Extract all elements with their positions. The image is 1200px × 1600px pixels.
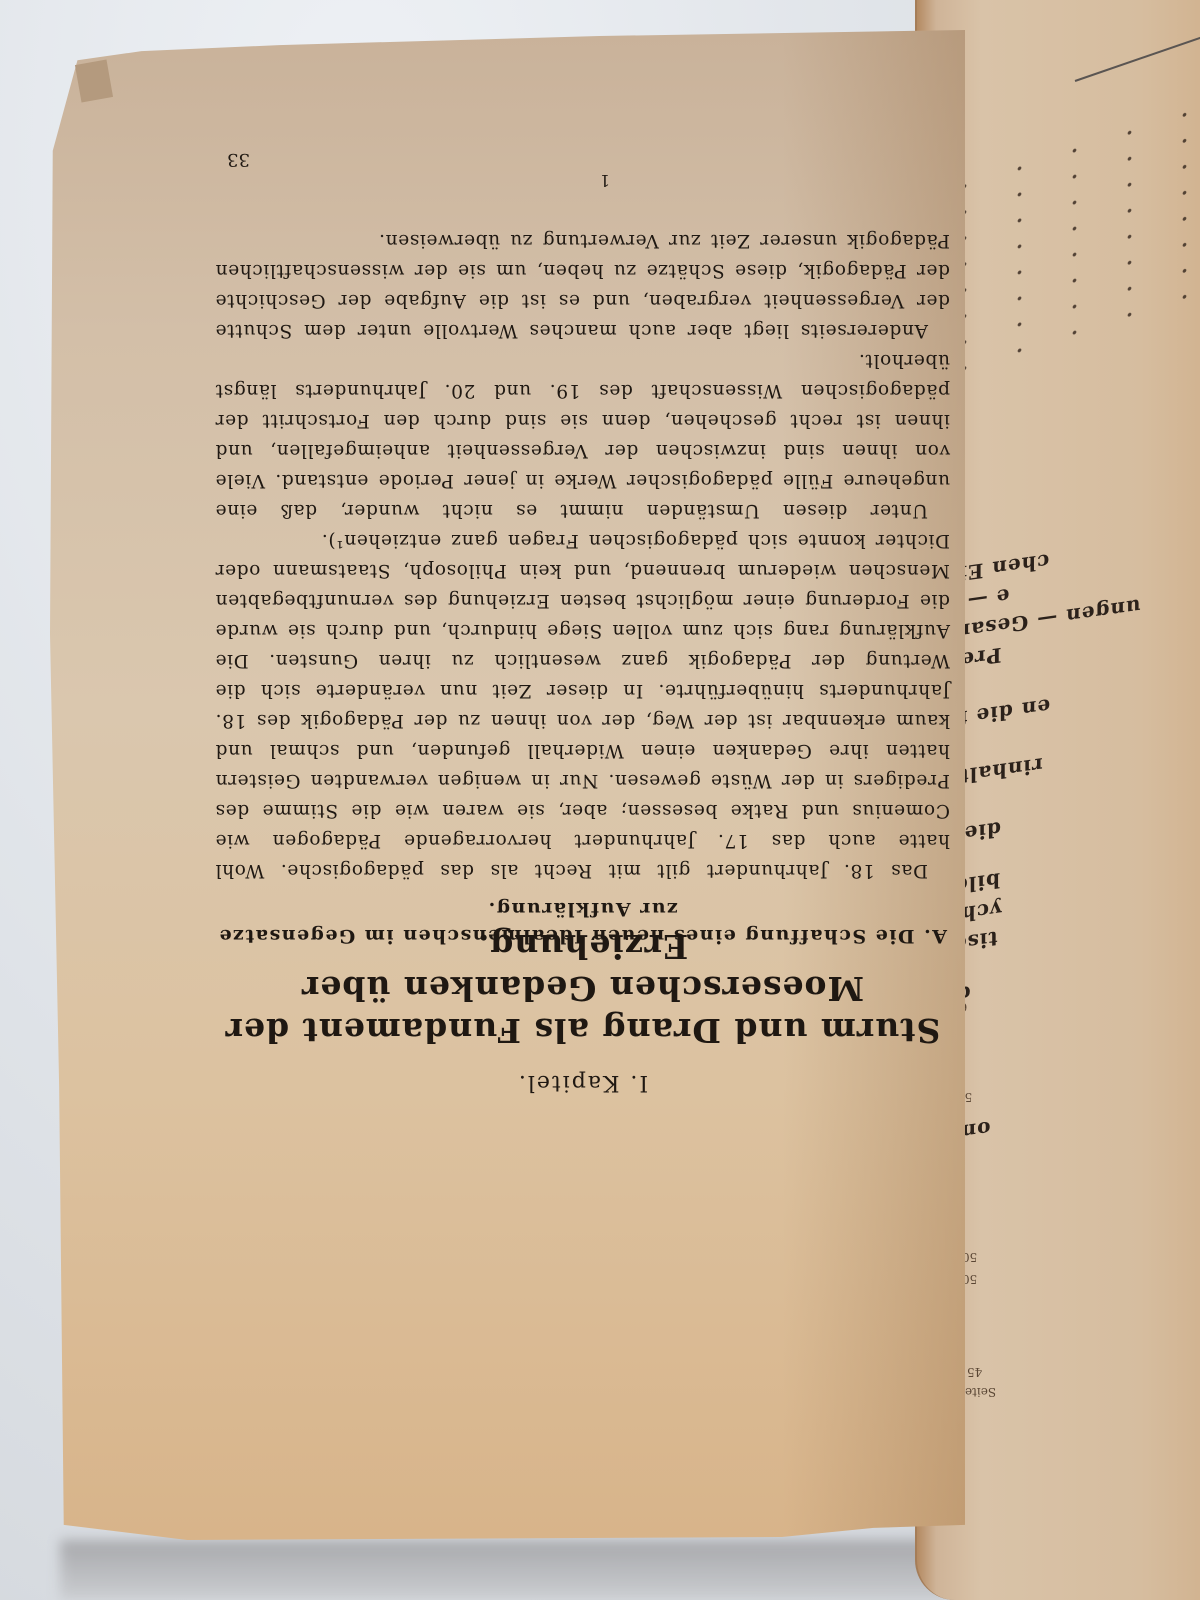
signature-mark: 1 [600, 171, 610, 190]
chapter-title-line1: Sturm und Drang als Fundament der [215, 1009, 950, 1051]
leader-dots [937, 98, 1197, 382]
torn-corner [75, 60, 113, 103]
page-shadow [60, 1540, 980, 1600]
section-heading: A. Die Schaffung eines neuen Idealmensch… [215, 895, 950, 949]
paragraph: Unter diesen Umständen nimmt es nicht wu… [215, 345, 950, 525]
paragraph: Andererseits liegt aber auch manches Wer… [215, 225, 950, 345]
section-heading-line2: zur Aufklärung. [215, 895, 950, 922]
chapter-label: I. Kapitel. [215, 1070, 950, 1095]
page-content-upside-down: I. Kapitel. Sturm und Drang als Fundamen… [215, 195, 950, 1095]
toc-page-number: 45 [967, 1365, 982, 1379]
body-text: Das 18. Jahrhundert gilt mit Recht als d… [215, 225, 950, 885]
page-number: 33 [227, 149, 250, 170]
toc-column-header: Seite [965, 1385, 996, 1399]
paragraph: Das 18. Jahrhundert gilt mit Recht als d… [215, 525, 950, 885]
section-heading-line1: A. Die Schaffung eines neuen Idealmensch… [215, 922, 950, 949]
